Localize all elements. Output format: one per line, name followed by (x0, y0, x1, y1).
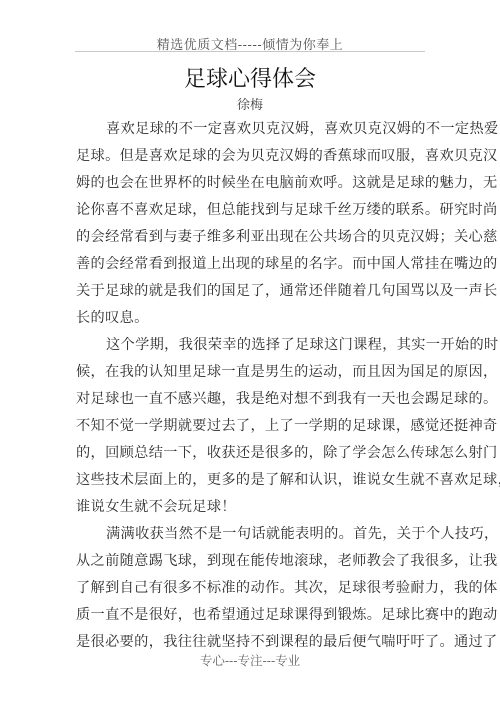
text-line: 这个学期，我很荣幸的选择了足球这门课程，其实一开始的时 (76, 332, 418, 359)
document-title: 足球心得体会 (0, 62, 500, 93)
text-line: 谁说女生就不会玩足球！ (76, 494, 418, 521)
text-line: 的，回顾总结一下，收获还是很多的，除了学会怎么传球怎么射门 (76, 440, 418, 467)
paragraph-1: 喜欢足球的不一定喜欢贝克汉姆，喜欢贝克汉姆的不一定热爱 足球。但是喜欢足球的会为… (76, 116, 418, 332)
text-line: 长的叹息。 (76, 305, 418, 332)
document-body: 喜欢足球的不一定喜欢贝克汉姆，喜欢贝克汉姆的不一定热爱 足球。但是喜欢足球的会为… (76, 116, 418, 656)
page-footer: 专心---专注---专业 (0, 651, 500, 669)
text-line: 对足球也一直不感兴趣，我是绝对想不到我有一天也会踢足球的。 (76, 386, 418, 413)
text-line: 了解到自己有很多不标准的动作。其次，足球很考验耐力，我的体 (76, 575, 418, 602)
author-name: 徐梅 (0, 94, 500, 113)
text-line: 质一直不是很好，也希望通过足球课得到锻炼。足球比赛中的跑动 (76, 602, 418, 629)
text-line: 从之前随意踢飞球，到现在能传地滚球，老师教会了我很多，让我 (76, 548, 418, 575)
text-line: 足球。但是喜欢足球的会为贝克汉姆的香蕉球而叹服，喜欢贝克汉 (76, 143, 418, 170)
text-line: 不知不觉一学期就要过去了，上了一学期的足球课，感觉还挺神奇 (76, 413, 418, 440)
paragraph-3: 满满收获当然不是一句话就能表明的。首先，关于个人技巧， 从之前随意踢飞球，到现在… (76, 521, 418, 656)
text-line: 关于足球的就是我们的国足了，通常还伴随着几句国骂以及一声长 (76, 278, 418, 305)
text-line: 善的会经常看到报道上出现的球星的名字。而中国人常挂在嘴边的 (76, 251, 418, 278)
paragraph-2: 这个学期，我很荣幸的选择了足球这门课程，其实一开始的时 候，在我的认知里足球一直… (76, 332, 418, 521)
text-line: 喜欢足球的不一定喜欢贝克汉姆，喜欢贝克汉姆的不一定热爱 (76, 116, 418, 143)
text-line: 这些技术层面上的，更多的是了解和认识，谁说女生就不喜欢足球， (76, 467, 418, 494)
text-line: 满满收获当然不是一句话就能表明的。首先，关于个人技巧， (76, 521, 418, 548)
text-line: 候，在我的认知里足球一直是男生的运动，而且因为国足的原因， (76, 359, 418, 386)
header-divider (75, 51, 425, 52)
text-line: 论你喜不喜欢足球，但总能找到与足球千丝万缕的联系。研究时尚 (76, 197, 418, 224)
text-line: 的会经常看到与妻子维多利亚出现在公共场合的贝克汉姆；关心慈 (76, 224, 418, 251)
text-line: 姆的也会在世界杯的时候坐在电脑前欢呼。这就是足球的魅力，无 (76, 170, 418, 197)
